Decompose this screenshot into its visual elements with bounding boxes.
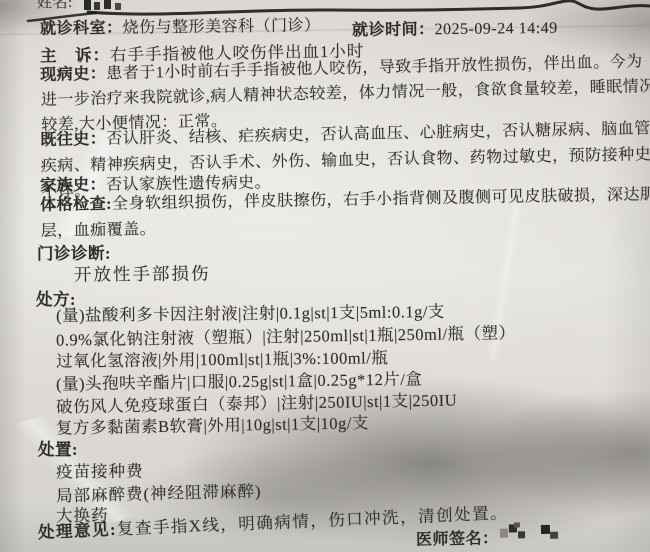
visit-time-row: 就诊时间：2025-09-24 14:49 — [352, 15, 558, 41]
physical-exam-section: 体格检查:全身软组织损伤，伴皮肤擦伤，右手小指背侧及腹侧可见皮肤破损，深达肌层，… — [40, 182, 650, 245]
visit-dept-label: 就诊科室： — [40, 20, 123, 38]
signature-redaction-mosaic — [500, 521, 580, 542]
past-history-label: 既往史： — [40, 131, 106, 149]
patient-name-label: 姓名: — [37, 0, 73, 12]
visit-dept-value: 烧伤与整形美容科（门诊） — [122, 17, 320, 36]
disposal-label: 处置: — [38, 436, 78, 460]
advice-label: 处理意见: — [38, 520, 118, 542]
disposal-item: 疫苗接种费 — [56, 458, 144, 483]
prescription-item: 复方多黏菌素B软膏|外用|10g|st|1支|10g/支 — [56, 409, 369, 438]
physical-exam-label: 体格检查: — [40, 196, 112, 214]
medical-record-photo: 姓名: 就诊科室：烧伤与整形美容科（门诊） 就诊时间：2025-09-24 14… — [0, 0, 650, 552]
present-illness-label: 现病史： — [40, 66, 106, 84]
visit-time-label: 就诊时间： — [352, 21, 435, 39]
visit-time-value: 2025-09-24 14:49 — [434, 20, 557, 39]
doctor-signature-label: 医师签名： — [416, 525, 499, 549]
visit-dept-row: 就诊科室：烧伤与整形美容科（门诊） — [40, 12, 321, 38]
name-redaction-mosaic — [84, 0, 128, 12]
diagnosis-value: 开放性手部损伤 — [74, 260, 211, 286]
physical-exam-text: 全身软组织损伤，伴皮肤擦伤，右手小指背侧及腹侧可见皮肤破损，深达肌层，血痂覆盖。 — [41, 186, 650, 240]
